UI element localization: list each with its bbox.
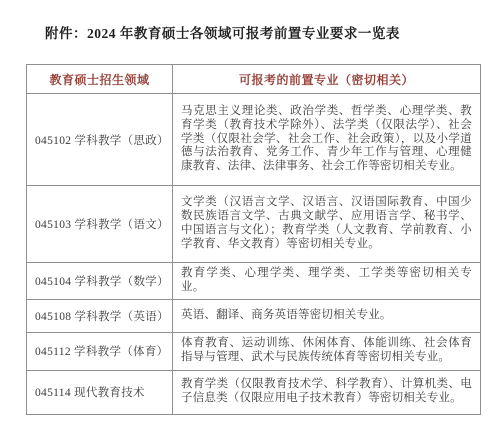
table-row: 045114 现代教育技术 教育学类（仅限教育技术学、科学教育）、计算机类、电子… xyxy=(27,370,481,414)
majors-cell: 马克思主义理论类、政治学类、哲学类、心理学类、教育学类（教育技术学除外）、法学类… xyxy=(173,94,481,186)
table-row: 045103 学科教学（语文） 文学类（汉语言文学、汉语言、汉语国际教育、中国少… xyxy=(27,186,481,263)
table-row: 045108 学科教学（英语） 英语、翻译、商务英语等密切相关专业。 xyxy=(27,299,481,332)
majors-cell: 体育教育、运动训练、休闲体育、体能训练、社会体育指导与管理、武术与民族传统体育等… xyxy=(173,332,481,370)
prerequisite-majors-table: 教育硕士招生领域 可报考的前置专业（密切相关） 045102 学科教学（思政） … xyxy=(26,64,481,415)
majors-cell: 英语、翻译、商务英语等密切相关专业。 xyxy=(173,299,481,332)
table-row: 045112 学科教学（体育） 体育教育、运动训练、休闲体育、体能训练、社会体育… xyxy=(27,332,481,370)
table-body: 045102 学科教学（思政） 马克思主义理论类、政治学类、哲学类、心理学类、教… xyxy=(27,94,481,415)
table-row: 045104 学科教学（数学） 教育学类、心理学类、理学类、工学类等密切相关专业… xyxy=(27,263,481,300)
field-cell: 045112 学科教学（体育） xyxy=(27,332,173,370)
column-header-majors: 可报考的前置专业（密切相关） xyxy=(173,65,481,94)
header-row: 教育硕士招生领域 可报考的前置专业（密切相关） xyxy=(27,65,481,94)
field-cell: 045103 学科教学（语文） xyxy=(27,186,173,263)
field-cell: 045102 学科教学（思政） xyxy=(27,94,173,186)
field-cell: 045104 学科教学（数学） xyxy=(27,263,173,300)
field-cell: 045114 现代教育技术 xyxy=(27,370,173,414)
majors-cell: 教育学类（仅限教育技术学、科学教育）、计算机类、电子信息类（仅限应用电子技术教育… xyxy=(173,370,481,414)
majors-cell: 文学类（汉语言文学、汉语言、汉语国际教育、中国少数民族语言文学、古典文献学、应用… xyxy=(173,186,481,263)
column-header-field: 教育硕士招生领域 xyxy=(27,65,173,94)
majors-cell: 教育学类、心理学类、理学类、工学类等密切相关专业。 xyxy=(173,263,481,300)
attachment-title: 附件：2024 年教育硕士各领域可报考前置专业要求一览表 xyxy=(45,22,400,42)
field-cell: 045108 学科教学（英语） xyxy=(27,299,173,332)
table-header: 教育硕士招生领域 可报考的前置专业（密切相关） xyxy=(27,65,481,94)
table-row: 045102 学科教学（思政） 马克思主义理论类、政治学类、哲学类、心理学类、教… xyxy=(27,94,481,186)
document-page: 附件：2024 年教育硕士各领域可报考前置专业要求一览表 教育硕士招生领域 可报… xyxy=(0,0,499,422)
